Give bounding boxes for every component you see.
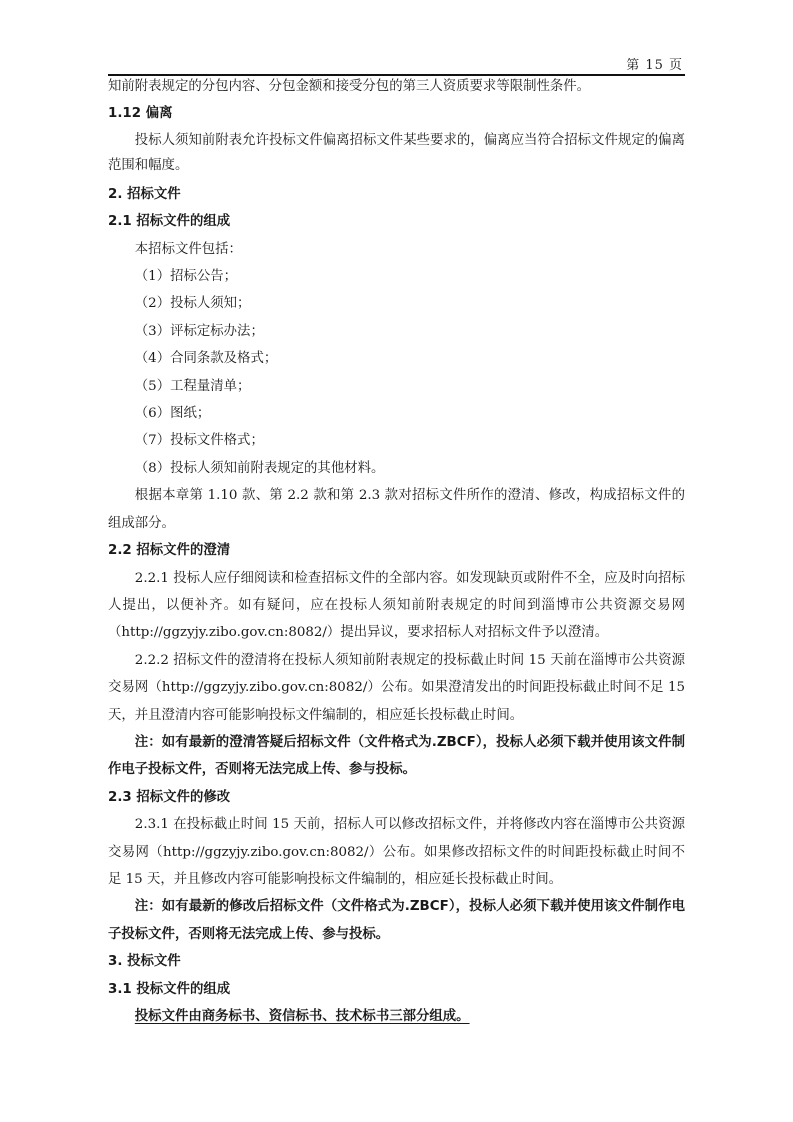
section-3-1: 3.1 投标文件的组成 投标文件由商务标书、资信标书、技术标书三部分组成。 [108, 976, 685, 1031]
list-item: （6）图纸； [108, 400, 685, 427]
paragraph: 根据本章第 1.10 款、第 2.2 款和第 2.3 款对招标文件所作的澄清、修… [108, 482, 685, 537]
statement-paragraph: 投标文件由商务标书、资信标书、技术标书三部分组成。 [108, 1003, 685, 1030]
section-heading: 3. 投标文件 [108, 948, 685, 975]
list-item: （1）招标公告； [108, 263, 685, 290]
section-2-1: 2.1 招标文件的组成 本招标文件包括： （1）招标公告； （2）投标人须知； … [108, 208, 685, 537]
section-heading: 2.1 招标文件的组成 [108, 208, 685, 235]
list-item: （7）投标文件格式； [108, 427, 685, 454]
list-item: （2）投标人须知； [108, 290, 685, 317]
section-2-2: 2.2 招标文件的澄清 2.2.1 投标人应仔细阅读和检查招标文件的全部内容。如… [108, 537, 685, 784]
section-heading: 2.2 招标文件的澄清 [108, 537, 685, 564]
document-body: 知前附表规定的分包内容、分包金额和接受分包的第三人资质要求等限制性条件。 1.1… [108, 73, 685, 1030]
paragraph: 2.2.2 招标文件的澄清将在投标人须知前附表规定的投标截止时间 15 天前在淄… [108, 647, 685, 729]
section-2-3: 2.3 招标文件的修改 2.3.1 在投标截止时间 15 天前，招标人可以修改招… [108, 784, 685, 948]
paragraph: 2.3.1 在投标截止时间 15 天前，招标人可以修改招标文件，并将修改内容在淄… [108, 811, 685, 893]
section-1-12: 1.12 偏离 投标人须知前附表允许投标文件偏离招标文件某些要求的，偏离应当符合… [108, 100, 685, 177]
paragraph: 投标人须知前附表允许投标文件偏离招标文件某些要求的，偏离应当符合招标文件规定的偏… [108, 128, 685, 178]
underlined-statement: 投标文件由商务标书、资信标书、技术标书三部分组成。 [135, 1009, 470, 1024]
note-paragraph: 注：如有最新的修改后招标文件（文件格式为.ZBCF），投标人必须下载并使用该文件… [108, 893, 685, 948]
paragraph: 本招标文件包括： [108, 236, 685, 263]
page-number: 第 15 页 [626, 54, 683, 73]
section-heading: 2. 招标文件 [108, 181, 685, 208]
section-heading: 3.1 投标文件的组成 [108, 976, 685, 1003]
list-item: （4）合同条款及格式； [108, 345, 685, 372]
list-item: （5）工程量清单； [108, 373, 685, 400]
section-heading: 1.12 偏离 [108, 100, 685, 127]
list-item: （8）投标人须知前附表规定的其他材料。 [108, 455, 685, 482]
section-heading: 2.3 招标文件的修改 [108, 784, 685, 811]
list-item: （3）评标定标办法； [108, 318, 685, 345]
paragraph: 2.2.1 投标人应仔细阅读和检查招标文件的全部内容。如发现缺页或附件不全，应及… [108, 565, 685, 647]
continuation-paragraph: 知前附表规定的分包内容、分包金额和接受分包的第三人资质要求等限制性条件。 [108, 73, 685, 100]
note-paragraph: 注：如有最新的澄清答疑后招标文件（文件格式为.ZBCF），投标人必须下载并使用该… [108, 729, 685, 784]
